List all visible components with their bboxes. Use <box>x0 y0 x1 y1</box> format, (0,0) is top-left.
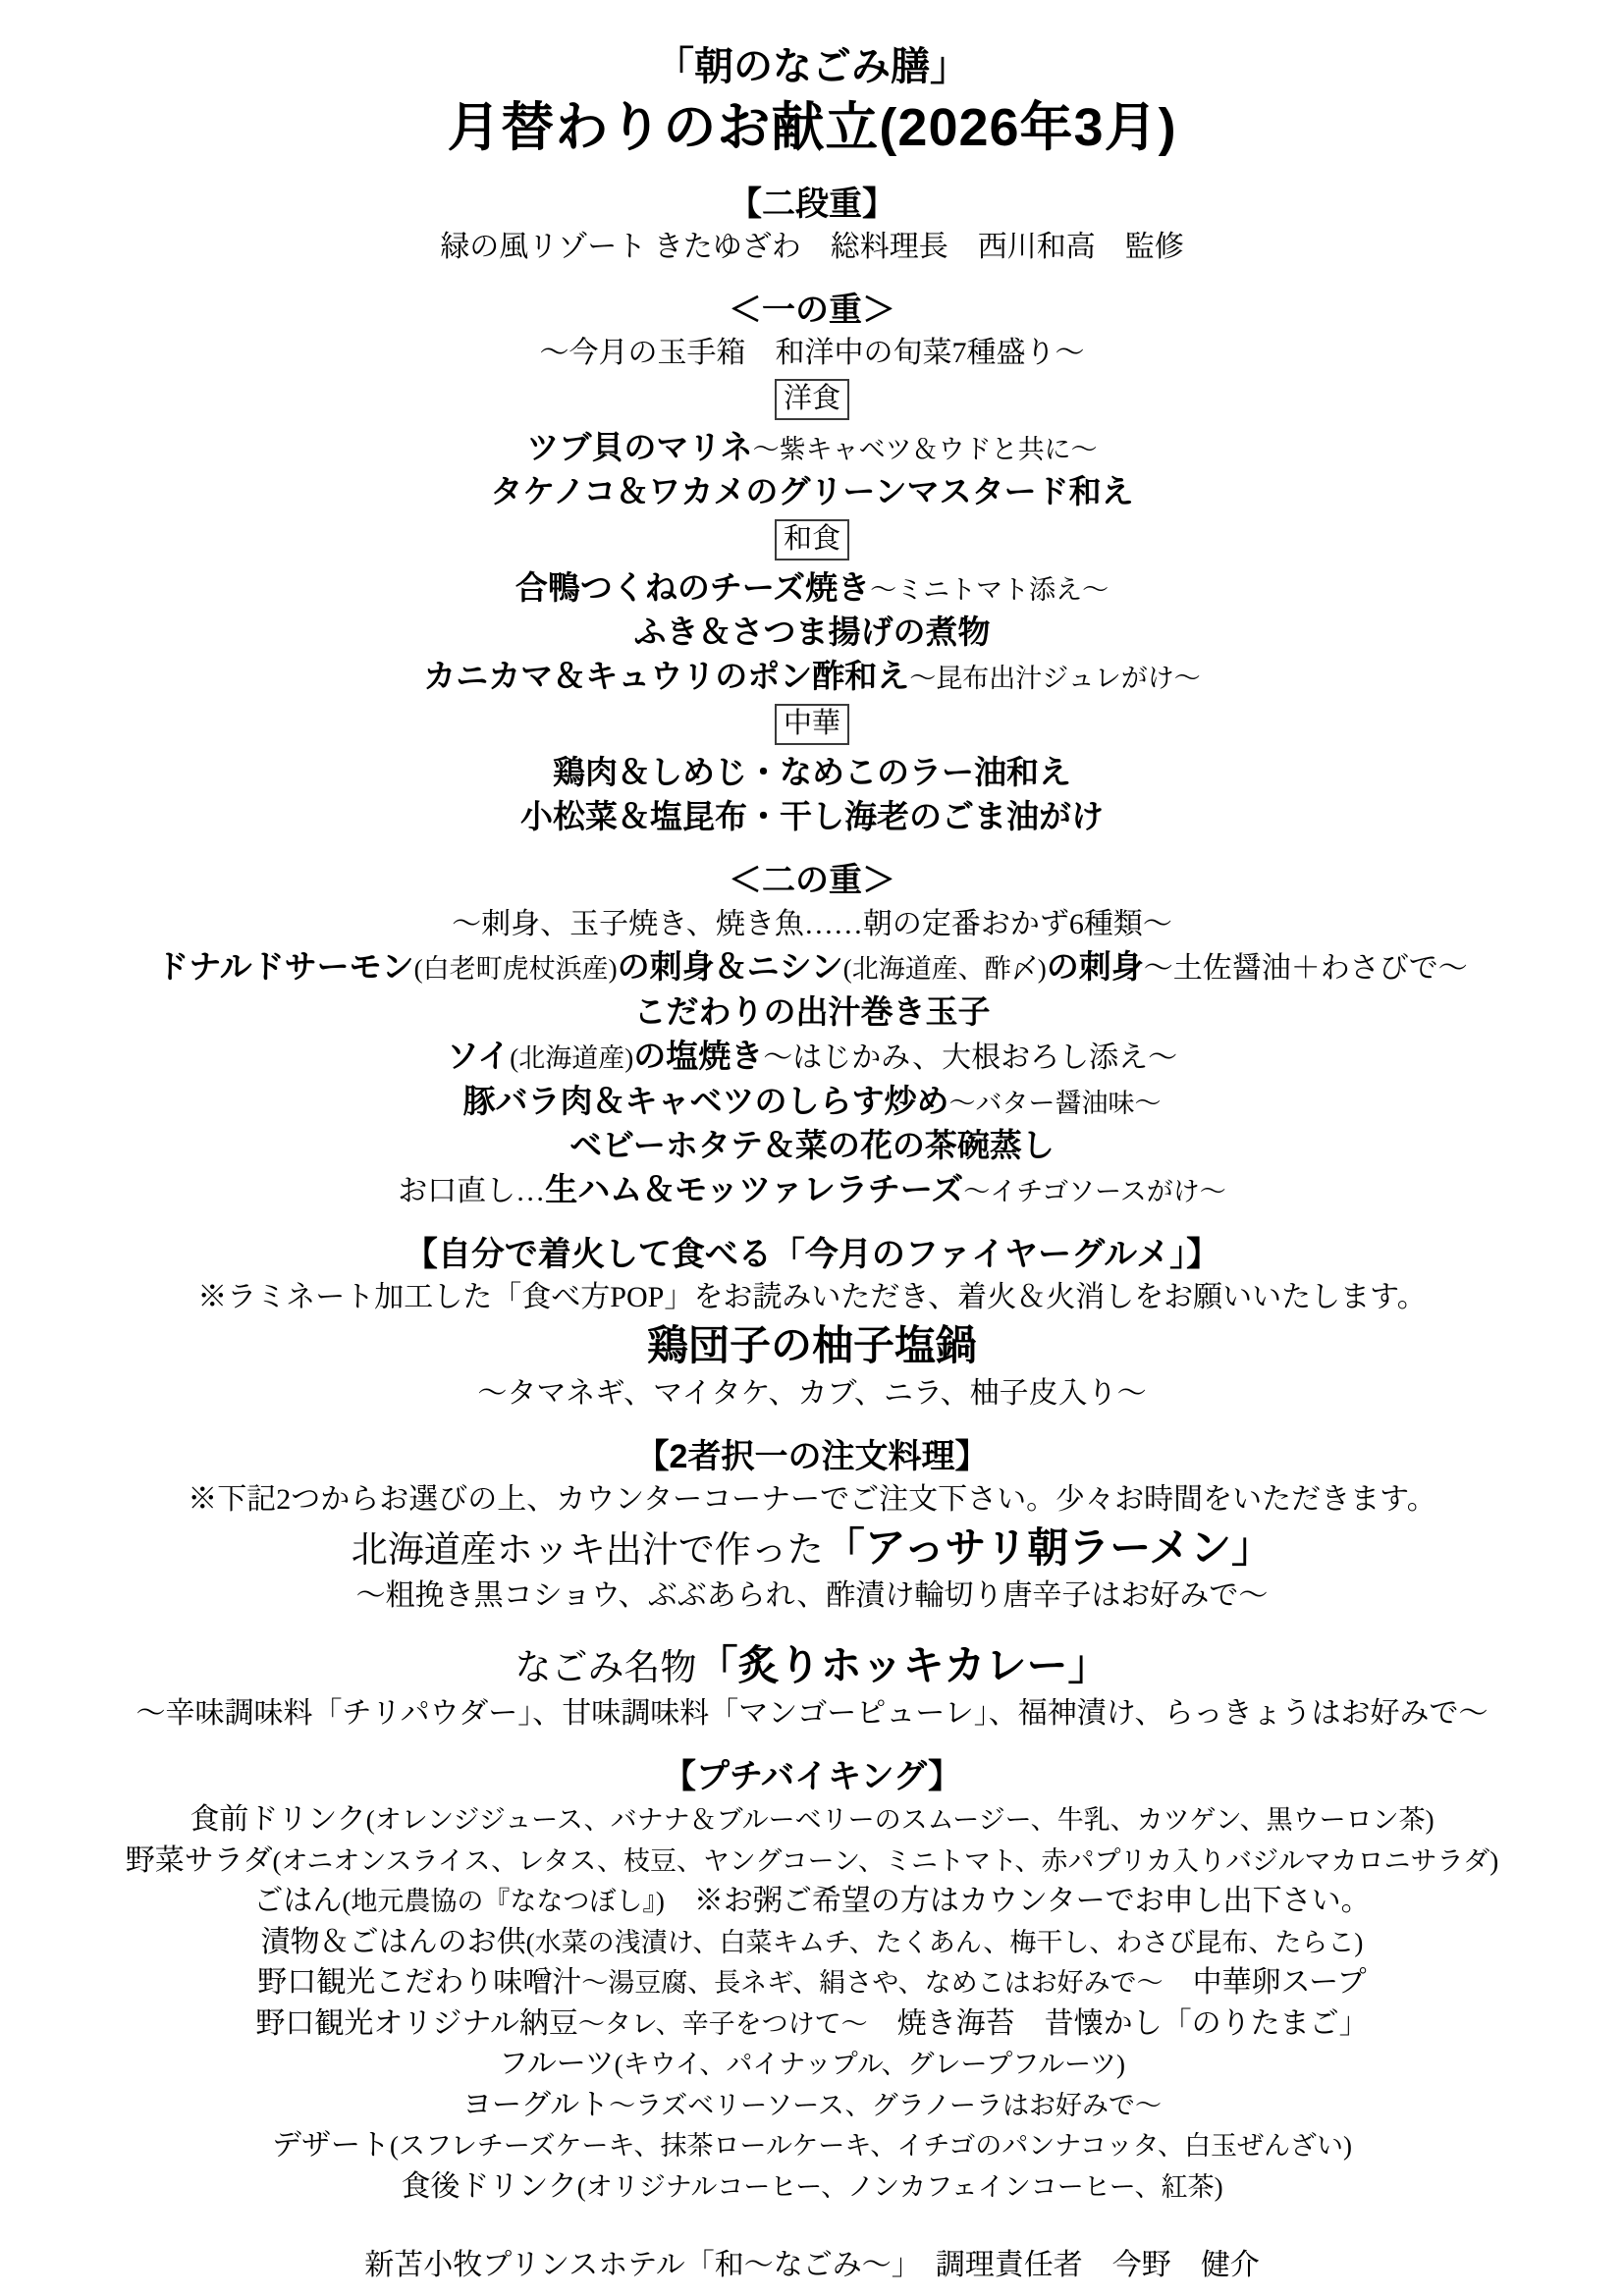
text-segment: ～土佐醤油＋わさびで～ <box>1144 952 1468 985</box>
text-segment: ドナルドサーモン <box>156 948 413 985</box>
text-segment: (北海道産、酢〆) <box>843 954 1047 984</box>
text-segment: ～タマネギ、マイタケ、カブ、ニラ、柚子皮入り～ <box>477 1377 1146 1410</box>
text-segment: ～バター醤油味～ <box>949 1089 1162 1118</box>
text-segment: ヨーグルト <box>462 2089 609 2121</box>
text-segment: の刺身 <box>1047 948 1144 985</box>
menu-line: ～タマネギ、マイタケ、カブ、ニラ、柚子皮入り～ <box>0 1375 1624 1413</box>
text-segment: (キウイ、パイナップル、グレープフルーツ) <box>615 2050 1125 2079</box>
menu-line: 小松菜＆塩昆布・干し海老のごま油がけ <box>0 796 1624 836</box>
menu-section: 【二段重】緑の風リゾート きたゆざわ 総料理長 西川和高 監修 <box>0 184 1624 266</box>
text-segment: こだわりの出汁巻き玉子 <box>634 993 991 1030</box>
text-segment: ※下記2つからお選びの上、カウンターコーナーでご注文下さい。少々お時間をいただき… <box>188 1483 1435 1516</box>
text-segment: の刺身＆ニシン <box>618 948 843 985</box>
text-segment: 野口観光こだわり味噌汁 <box>257 1966 581 1999</box>
menu-section: ＜二の重＞～刺身、玉子焼き、焼き魚……朝の定番おかず6種類～ドナルドサーモン(白… <box>0 860 1624 1209</box>
menu-header: 「朝のなごみ膳」 月替わりのお献立(2026年3月) <box>0 43 1624 160</box>
text-segment: フルーツ <box>499 2048 615 2080</box>
text-segment: 小松菜＆塩昆布・干し海老のごま油がけ <box>520 798 1104 834</box>
text-segment: ※お粥ご希望の方はカウンターでお申し出下さい。 <box>665 1885 1371 1917</box>
menu-line: 鶏肉＆しめじ・なめこのラー油和え <box>0 752 1624 792</box>
menu-page: 「朝のなごみ膳」 月替わりのお献立(2026年3月) 【二段重】緑の風リゾート … <box>0 0 1624 2296</box>
section-heading: 【二段重】 <box>0 184 1624 226</box>
section-heading: ＜二の重＞ <box>0 860 1624 902</box>
menu-line: 和食 <box>0 519 1624 561</box>
menu-section: ＜一の重＞～今月の玉手箱 和洋中の旬菜7種盛り～洋食ツブ貝のマリネ～紫キャベツ＆… <box>0 290 1624 837</box>
menu-subtitle: 「朝のなごみ膳」 <box>0 43 1624 90</box>
text-segment: カニカマ＆キュウリのポン酢和え <box>423 658 909 694</box>
menu-line: 洋食 <box>0 379 1624 420</box>
category-box-label: 洋食 <box>775 379 849 420</box>
text-segment: 鶏肉＆しめじ・なめこのラー油和え <box>553 754 1071 790</box>
text-segment: ソイ <box>447 1038 510 1074</box>
menu-line: ※下記2つからお選びの上、カウンターコーナーでご注文下さい。少々お時間をいただき… <box>0 1481 1624 1519</box>
text-segment: (オレンジジュース、バナナ＆ブルーベリーのスムージー、牛乳、カツゲン、黒ウーロン… <box>366 1805 1435 1835</box>
text-segment: (オニオンスライス、レタス、枝豆、ヤングコーン、ミニトマト、赤パプリカ入りバジル… <box>272 1846 1498 1876</box>
text-segment: 焼き海苔 昔懐かし「のりたまご」 <box>868 2007 1369 2040</box>
menu-line: カニカマ＆キュウリのポン酢和え～昆布出汁ジュレがけ～ <box>0 656 1624 696</box>
menu-line: タケノコ＆ワカメのグリーンマスタード和え <box>0 471 1624 511</box>
menu-line: 豚バラ肉＆キャベツのしらす炒め～バター醤油味～ <box>0 1081 1624 1121</box>
menu-line: 野口観光オリジナル納豆～タレ、辛子をつけて～ 焼き海苔 昔懐かし「のりたまご」 <box>0 2005 1624 2043</box>
section-heading: 【2者択一の注文料理】 <box>0 1436 1624 1478</box>
menu-line: ふき＆さつま揚げの煮物 <box>0 612 1624 652</box>
menu-line: お口直し…生ハム＆モッツァレラチーズ～イチゴソースがけ～ <box>0 1169 1624 1210</box>
footer-credit: 新苫小牧プリンスホテル「和～なごみ～」 調理責任者 今野 健介 <box>0 2240 1624 2283</box>
text-segment: タケノコ＆ワカメのグリーンマスタード和え <box>490 473 1133 509</box>
text-segment: 生ハム＆モッツァレラチーズ <box>545 1171 963 1207</box>
menu-section: 【2者択一の注文料理】※下記2つからお選びの上、カウンターコーナーでご注文下さい… <box>0 1436 1624 1733</box>
menu-line: ～辛味調味料「チリパウダー」、甘味調味料「マンゴーピューレ」、福神漬け、らっきょ… <box>0 1695 1624 1733</box>
category-box-label: 中華 <box>775 704 849 745</box>
text-segment: ～紫キャベツ＆ウドと共に～ <box>753 435 1098 464</box>
text-segment: (北海道産) <box>510 1043 633 1073</box>
text-segment: ～ミニトマト添え～ <box>870 575 1109 605</box>
menu-line: ～今月の玉手箱 和洋中の旬菜7種盛り～ <box>0 335 1624 372</box>
section-heading: 【自分で着火して食べる「今月のファイヤーグルメ」】 <box>0 1234 1624 1276</box>
menu-title: 月替わりのお献立(2026年3月) <box>0 96 1624 160</box>
text-segment: (地元農協の『ななつぼし』) <box>342 1887 664 1916</box>
menu-line: こだわりの出汁巻き玉子 <box>0 991 1624 1032</box>
menu-line: 北海道産ホッキ出汁で作った「アっサリ朝ラーメン」 <box>0 1522 1624 1575</box>
text-segment: 「炙りホッキカレー」 <box>696 1642 1109 1688</box>
text-segment: ツブ貝のマリネ <box>526 429 752 465</box>
menu-line: ドナルドサーモン(白老町虎杖浜産)の刺身＆ニシン(北海道産、酢〆)の刺身～土佐醤… <box>0 946 1624 988</box>
text-segment: 食後ドリンク <box>401 2170 576 2203</box>
menu-line: ごはん(地元農協の『ななつぼし』) ※お粥ご希望の方はカウンターでお申し出下さい… <box>0 1883 1624 1920</box>
category-box-label: 和食 <box>775 519 849 561</box>
text-segment: の塩焼き <box>633 1038 763 1074</box>
menu-line: ベビーホタテ＆菜の花の茶碗蒸し <box>0 1125 1624 1165</box>
menu-line: 野口観光こだわり味噌汁～湯豆腐、長ネギ、絹さや、なめこはお好みで～ 中華卵スープ <box>0 1964 1624 2002</box>
text-segment: (スフレチーズケーキ、抹茶ロールケーキ、イチゴのパンナコッタ、白玉ぜんざい) <box>390 2131 1352 2161</box>
section-heading: 【プチバイキング】 <box>0 1756 1624 1798</box>
menu-line: フルーツ(キウイ、パイナップル、グレープフルーツ) <box>0 2046 1624 2083</box>
menu-line: ツブ貝のマリネ～紫キャベツ＆ウドと共に～ <box>0 427 1624 467</box>
text-segment: 豚バラ肉＆キャベツのしらす炒め <box>463 1083 949 1119</box>
text-segment: 野菜サラダ <box>126 1844 273 1877</box>
text-segment: ～タレ、辛子をつけて～ <box>578 2009 868 2039</box>
menu-section: 【自分で着火して食べる「今月のファイヤーグルメ」】※ラミネート加工した「食べ方P… <box>0 1234 1624 1413</box>
menu-line: ヨーグルト～ラズベリーソース、グラノーラはお好みで～ <box>0 2087 1624 2124</box>
text-segment: ～刺身、玉子焼き、焼き魚……朝の定番おかず6種類～ <box>452 908 1172 940</box>
text-segment: ～昆布出汁ジュレがけ～ <box>909 664 1200 693</box>
text-segment: 野口観光オリジナル納豆 <box>255 2007 578 2040</box>
text-segment: (水菜の浅漬け、白菜キムチ、たくあん、梅干し、わさび昆布、たらこ) <box>526 1928 1364 1957</box>
section-heading: ＜一の重＞ <box>0 290 1624 332</box>
menu-section: 【プチバイキング】食前ドリンク(オレンジジュース、バナナ＆ブルーベリーのスムージ… <box>0 1756 1624 2206</box>
menu-line: 食前ドリンク(オレンジジュース、バナナ＆ブルーベリーのスムージー、牛乳、カツゲン… <box>0 1801 1624 1839</box>
text-segment: 鶏団子の柚子塩鍋 <box>647 1322 977 1368</box>
text-segment: ※ラミネート加工した「食べ方POP」をお読みいただき、着火＆火消しをお願いいたし… <box>197 1281 1426 1313</box>
text-segment: 中華卵スープ <box>1164 1966 1367 1999</box>
menu-footer: 新苫小牧プリンスホテル「和～なごみ～」 調理責任者 今野 健介 <box>0 2240 1624 2283</box>
menu-line: 野菜サラダ(オニオンスライス、レタス、枝豆、ヤングコーン、ミニトマト、赤パプリカ… <box>0 1842 1624 1880</box>
menu-line: ※ラミネート加工した「食べ方POP」をお読みいただき、着火＆火消しをお願いいたし… <box>0 1279 1624 1316</box>
text-segment: 北海道産ホッキ出汁で作った <box>352 1530 824 1571</box>
menu-line: デザート(スフレチーズケーキ、抹茶ロールケーキ、イチゴのパンナコッタ、白玉ぜんざ… <box>0 2127 1624 2164</box>
menu-line: 漬物＆ごはんのお供(水菜の浅漬け、白菜キムチ、たくあん、梅干し、わさび昆布、たら… <box>0 1924 1624 1961</box>
menu-body: 【二段重】緑の風リゾート きたゆざわ 総料理長 西川和高 監修＜一の重＞～今月の… <box>0 184 1624 2205</box>
text-segment: ～湯豆腐、長ネギ、絹さや、なめこはお好みで～ <box>581 1968 1163 1998</box>
menu-line: 合鴨つくねのチーズ焼き～ミニトマト添え～ <box>0 567 1624 608</box>
text-segment: ～辛味調味料「チリパウダー」、甘味調味料「マンゴーピューレ」、福神漬け、らっきょ… <box>136 1697 1489 1730</box>
menu-line: ～刺身、玉子焼き、焼き魚……朝の定番おかず6種類～ <box>0 906 1624 943</box>
text-segment: ～はじかみ、大根おろし添え～ <box>763 1041 1177 1074</box>
text-segment: ふき＆さつま揚げの煮物 <box>634 614 991 650</box>
menu-line: 緑の風リゾート きたゆざわ 総料理長 西川和高 監修 <box>0 229 1624 266</box>
text-segment: ～粗挽き黒コショウ、ぶぶあられ、酢漬け輪切り唐辛子はお好みで～ <box>356 1579 1269 1612</box>
menu-line: 鶏団子の柚子塩鍋 <box>0 1320 1624 1372</box>
text-segment: 食前ドリンク <box>189 1803 365 1836</box>
text-segment: (オリジナルコーヒー、ノンカフェインコーヒー、紅茶) <box>577 2172 1223 2202</box>
text-segment: ベビーホタテ＆菜の花の茶碗蒸し <box>569 1127 1055 1163</box>
text-segment: 漬物＆ごはんのお供 <box>261 1926 526 1958</box>
menu-line: ～粗挽き黒コショウ、ぶぶあられ、酢漬け輪切り唐辛子はお好みで～ <box>0 1577 1624 1615</box>
text-segment: ～ラズベリーソース、グラノーラはお好みで～ <box>609 2091 1162 2120</box>
text-segment: ごはん <box>253 1885 342 1917</box>
text-segment: (白老町虎杖浜産) <box>414 954 618 984</box>
text-segment: 「アっサリ朝ラーメン」 <box>824 1524 1272 1571</box>
text-segment: 合鴨つくねのチーズ焼き <box>515 569 870 606</box>
text-segment: ～イチゴソースがけ～ <box>963 1177 1226 1206</box>
text-segment: 緑の風リゾート きたゆざわ 総料理長 西川和高 監修 <box>440 231 1184 263</box>
menu-line: 食後ドリンク(オリジナルコーヒー、ノンカフェインコーヒー、紅茶) <box>0 2168 1624 2206</box>
menu-line: 中華 <box>0 704 1624 745</box>
menu-line: なごみ名物「炙りホッキカレー」 <box>0 1640 1624 1692</box>
text-segment: ～今月の玉手箱 和洋中の旬菜7種盛り～ <box>540 337 1085 369</box>
text-segment: なごみ名物 <box>514 1648 696 1688</box>
menu-line: ソイ(北海道産)の塩焼き～はじかみ、大根おろし添え～ <box>0 1036 1624 1077</box>
text-segment: お口直し… <box>398 1175 545 1207</box>
text-segment: デザート <box>272 2129 390 2162</box>
